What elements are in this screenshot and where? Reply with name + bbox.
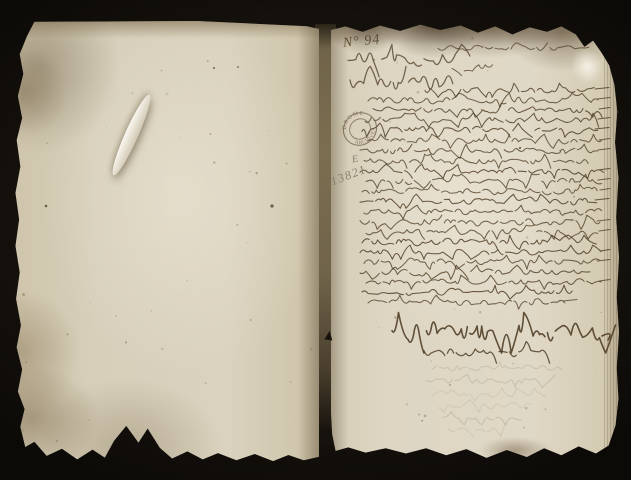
manuscript-scan: N° 94 DROME ARCHIVES E 13821 bbox=[0, 0, 631, 480]
left-page bbox=[13, 21, 319, 462]
gutter-mark bbox=[324, 330, 333, 340]
archive-stamp: DROME ARCHIVES bbox=[337, 106, 383, 152]
bottom-stain bbox=[479, 437, 551, 464]
right-page bbox=[331, 23, 619, 465]
stamp-text-bottom: ARCHIVES bbox=[352, 124, 383, 152]
svg-text:ARCHIVES: ARCHIVES bbox=[352, 124, 383, 152]
corner-crease bbox=[108, 92, 156, 178]
page-edge-stack bbox=[604, 33, 619, 459]
